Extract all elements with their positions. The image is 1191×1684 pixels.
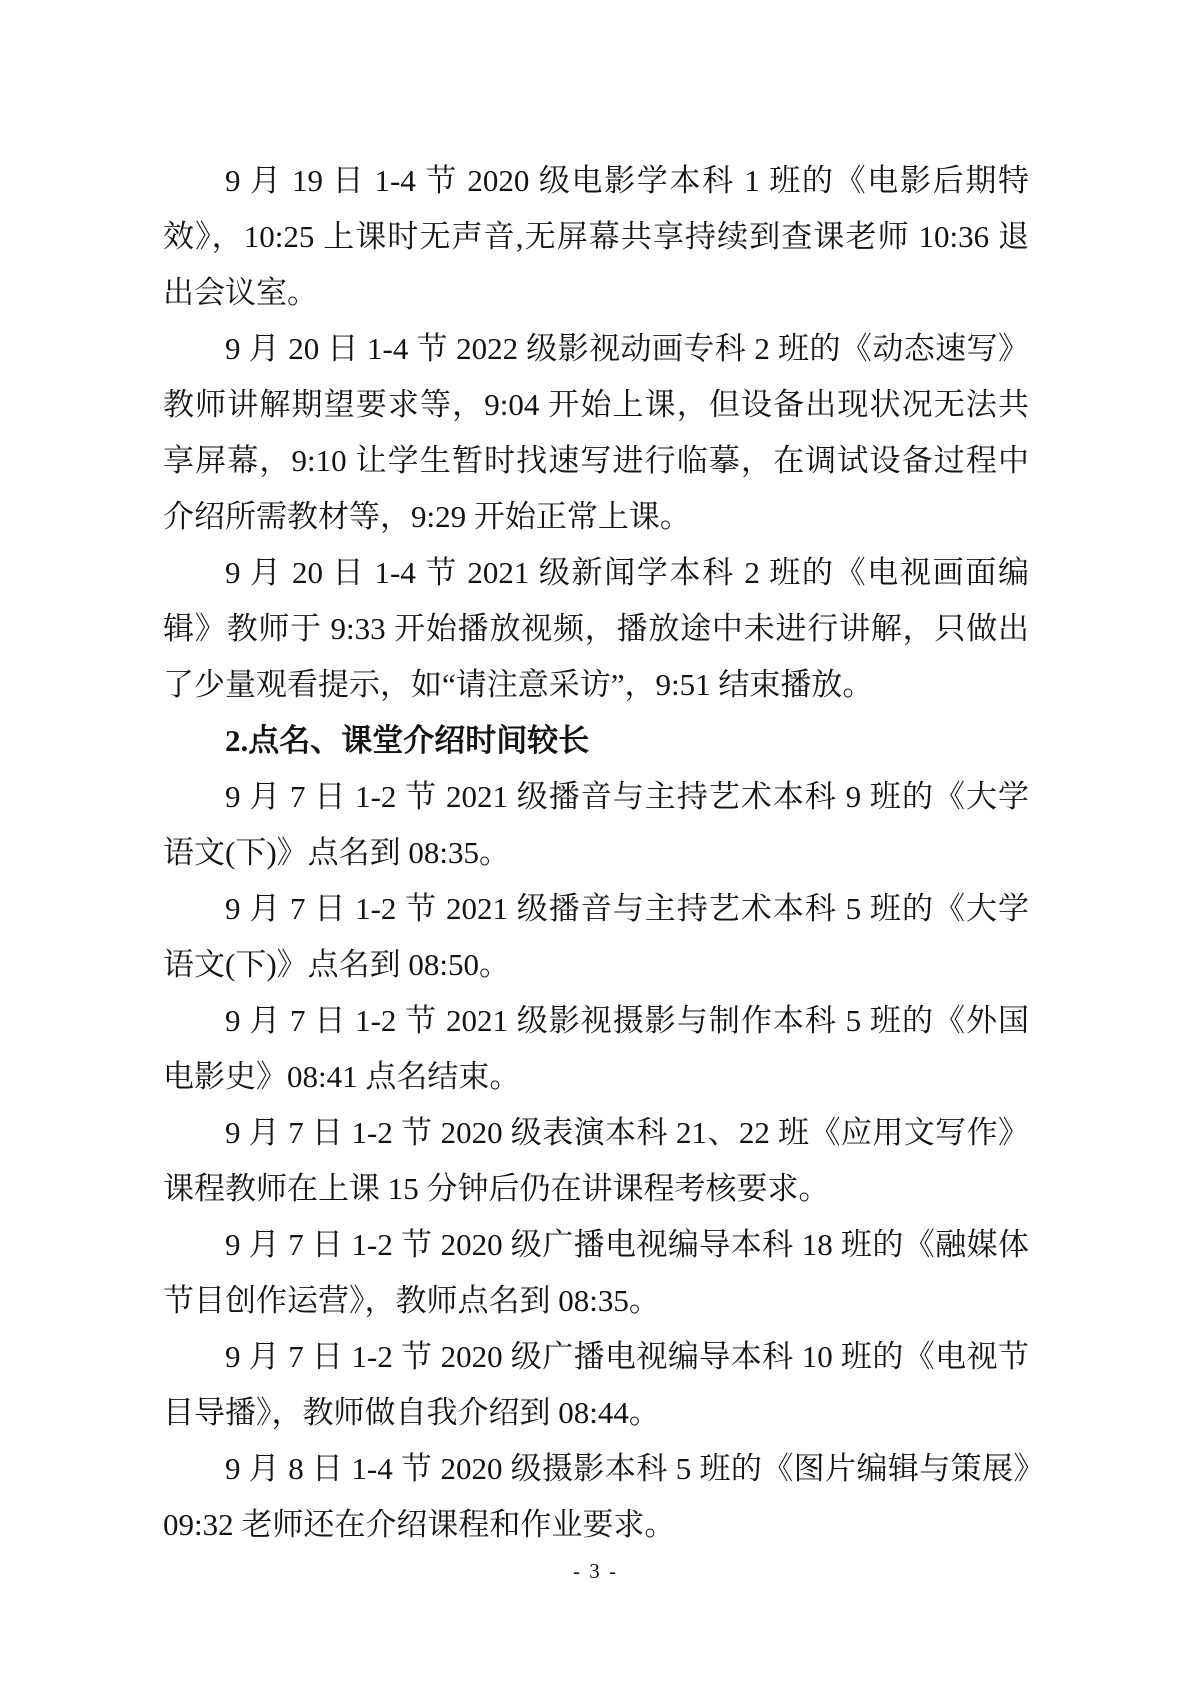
paragraph-incident-tv-editing: 9 月 20 日 1-4 节 2021 级新闻学本科 2 班的《电视画面编辑》教… [163, 545, 1029, 713]
paragraph-rollcall-photo-editing: 9 月 8 日 1-4 节 2020 级摄影本科 5 班的《图片编辑与策展》09… [163, 1441, 1029, 1553]
paragraph-incident-film-postfx: 9 月 19 日 1-4 节 2020 级电影学本科 1 班的《电影后期特效》，… [163, 153, 1029, 321]
document-page: 9 月 19 日 1-4 节 2020 级电影学本科 1 班的《电影后期特效》，… [0, 0, 1191, 1684]
document-body: 9 月 19 日 1-4 节 2020 级电影学本科 1 班的《电影后期特效》，… [163, 153, 1029, 1553]
paragraph-rollcall-media-program: 9 月 7 日 1-2 节 2020 级广播电视编导本科 18 班的《融媒体节目… [163, 1217, 1029, 1329]
page-number: - 3 - [573, 1559, 618, 1583]
paragraph-rollcall-chinese-class5: 9 月 7 日 1-2 节 2021 级播音与主持艺术本科 5 班的《大学语文(… [163, 881, 1029, 993]
paragraph-incident-dynamic-sketch: 9 月 20 日 1-4 节 2022 级影视动画专科 2 班的《动态速写》教师… [163, 321, 1029, 545]
paragraph-rollcall-chinese-class9: 9 月 7 日 1-2 节 2021 级播音与主持艺术本科 9 班的《大学语文(… [163, 769, 1029, 881]
paragraph-rollcall-tv-directing: 9 月 7 日 1-2 节 2020 级广播电视编导本科 10 班的《电视节目导… [163, 1329, 1029, 1441]
paragraph-rollcall-foreign-film-history: 9 月 7 日 1-2 节 2021 级影视摄影与制作本科 5 班的《外国电影史… [163, 993, 1029, 1105]
section-heading-rollcall: 2.点名、课堂介绍时间较长 [163, 713, 1029, 769]
paragraph-rollcall-applied-writing: 9 月 7 日 1-2 节 2020 级表演本科 21、22 班《应用文写作》课… [163, 1105, 1029, 1217]
page-footer: - 3 - [0, 1556, 1191, 1586]
